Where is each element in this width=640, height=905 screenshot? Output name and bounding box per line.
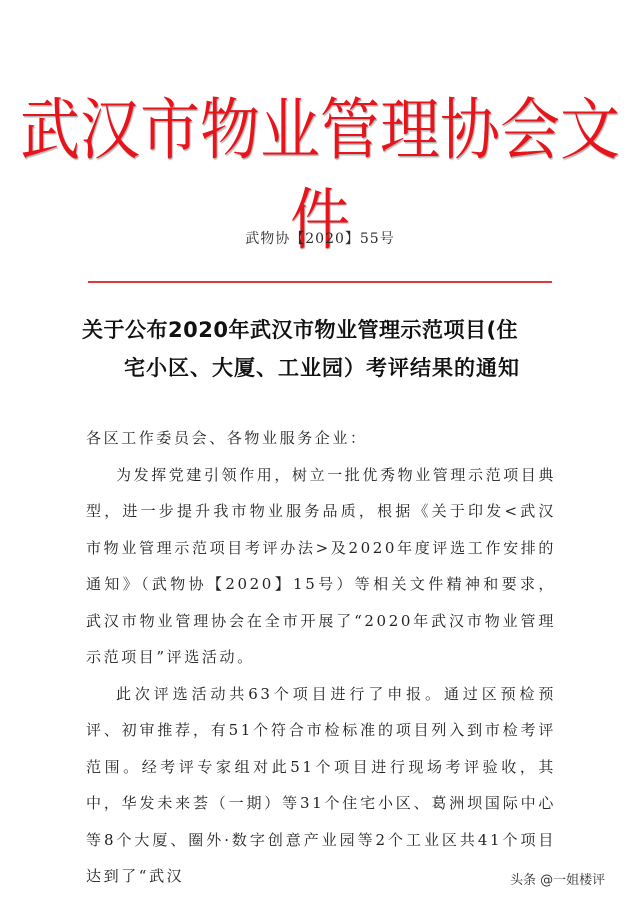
document-body: 各区工作委员会、各物业服务企业： 为发挥党建引领作用，树立一批优秀物业管理示范项… xyxy=(86,420,556,895)
paragraph-1: 为发挥党建引领作用，树立一批优秀物业管理示范项目典型，进一步提升我市物业服务品质… xyxy=(86,457,556,676)
title-line-1: 关于公布2020年武汉市物业管理示范项目(住 xyxy=(82,311,562,349)
document-number: 武物协【2020】55号 xyxy=(0,229,640,249)
red-divider xyxy=(88,281,552,283)
salutation: 各区工作委员会、各物业服务企业： xyxy=(86,420,556,457)
source-watermark: 头条 @一姐楼评 xyxy=(510,869,605,888)
title-line-2: 宅小区、大厦、工业园）考评结果的通知 xyxy=(82,349,562,387)
document-title: 关于公布2020年武汉市物业管理示范项目(住 宅小区、大厦、工业园）考评结果的通… xyxy=(82,311,562,387)
paragraph-2: 此次评选活动共63个项目进行了申报。通过区预检预评、初审推荐，有51个符合市检标… xyxy=(86,676,556,895)
